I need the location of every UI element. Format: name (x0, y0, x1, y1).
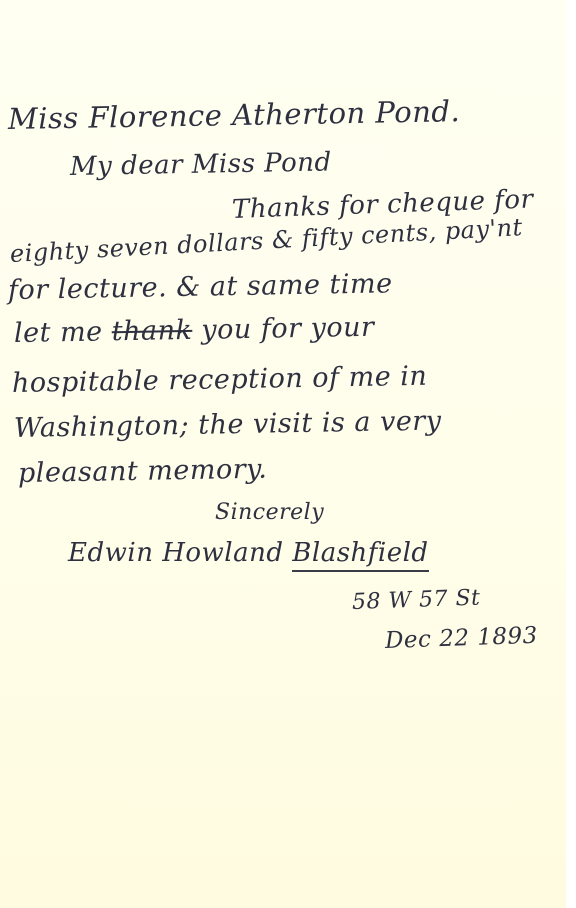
body-line-3: for lecture. & at same time (8, 268, 393, 306)
letter-page: Miss Florence Atherton Pond. My dear Mis… (0, 0, 567, 908)
date: Dec 22 1893 (385, 623, 539, 654)
you-for-your-text: you for your (201, 312, 375, 346)
struck-word: thank (111, 315, 192, 347)
salutation: My dear Miss Pond (70, 147, 332, 182)
body-line-5: hospitable reception of me in (12, 361, 428, 399)
let-me-text: let me (14, 316, 103, 349)
page-edge (566, 0, 576, 908)
signature-first: Edwin Howland (68, 538, 284, 568)
body-line-7: pleasant memory. (18, 454, 268, 489)
body-line-6: Washington; the visit is a very (14, 406, 442, 444)
recipient-line: Miss Florence Atherton Pond. (8, 94, 461, 136)
address: 58 W 57 St (352, 586, 481, 615)
signature: Edwin Howland Blashfield (68, 538, 429, 568)
signature-last: Blashfield (292, 538, 428, 572)
closing: Sincerely (215, 500, 324, 525)
body-line-4: let me thank you for your (14, 312, 375, 349)
